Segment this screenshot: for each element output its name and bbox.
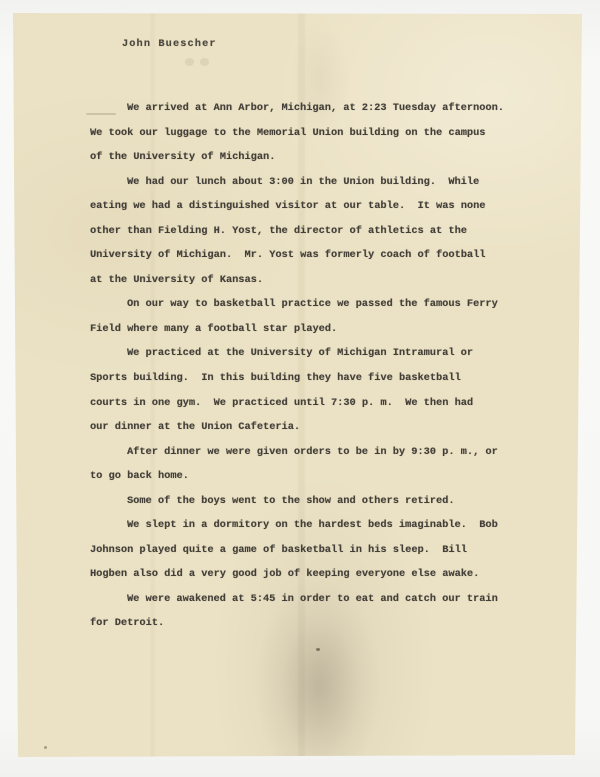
typed-line: Sports building. In this building they h… [90, 366, 504, 391]
ink-speck [316, 648, 320, 651]
typed-line: our dinner at the Union Cafeteria. [90, 415, 504, 440]
typed-line: courts in one gym. We practiced until 7:… [90, 391, 504, 416]
typed-line: We had our lunch about 3:00 in the Union… [90, 170, 504, 195]
paper-blemish [185, 58, 194, 66]
typed-line: Field where many a football star played. [90, 317, 504, 342]
typed-line: On our way to basketball practice we pas… [90, 292, 504, 317]
typed-line: We were awakened at 5:45 in order to eat… [90, 587, 504, 612]
typed-line: to go back home. [90, 464, 504, 489]
typed-line: After dinner we were given orders to be … [90, 440, 504, 465]
typed-line: eating we had a distinguished visitor at… [90, 194, 504, 219]
typed-line: Hogben also did a very good job of keepi… [90, 562, 504, 587]
typed-line: We arrived at Ann Arbor, Michigan, at 2:… [90, 96, 504, 121]
typed-line: other than Fielding H. Yost, the directo… [90, 219, 504, 244]
typed-line: Johnson played quite a game of basketbal… [90, 538, 504, 563]
scan-background: { "page": { "background_color": "#f6f6f4… [0, 0, 600, 777]
ink-speck [44, 746, 47, 749]
typed-line: of the University of Michigan. [90, 145, 504, 170]
author-name-heading: John Buescher [122, 38, 217, 50]
typed-line: Some of the boys went to the show and ot… [90, 489, 504, 514]
typed-line: at the University of Kansas. [90, 268, 504, 293]
typed-text-block: We arrived at Ann Arbor, Michigan, at 2:… [90, 96, 504, 636]
typed-line: We slept in a dormitory on the hardest b… [90, 513, 504, 538]
paper-sheet: John Buescher We arrived at Ann Arbor, M… [0, 0, 600, 777]
typed-line: We practiced at the University of Michig… [90, 341, 504, 366]
paper-smudge [280, 620, 360, 760]
typed-line: University of Michigan. Mr. Yost was for… [90, 243, 504, 268]
typed-line: We took our luggage to the Memorial Unio… [90, 121, 504, 146]
paper-blemish [200, 58, 209, 66]
typed-line: for Detroit. [90, 611, 504, 636]
